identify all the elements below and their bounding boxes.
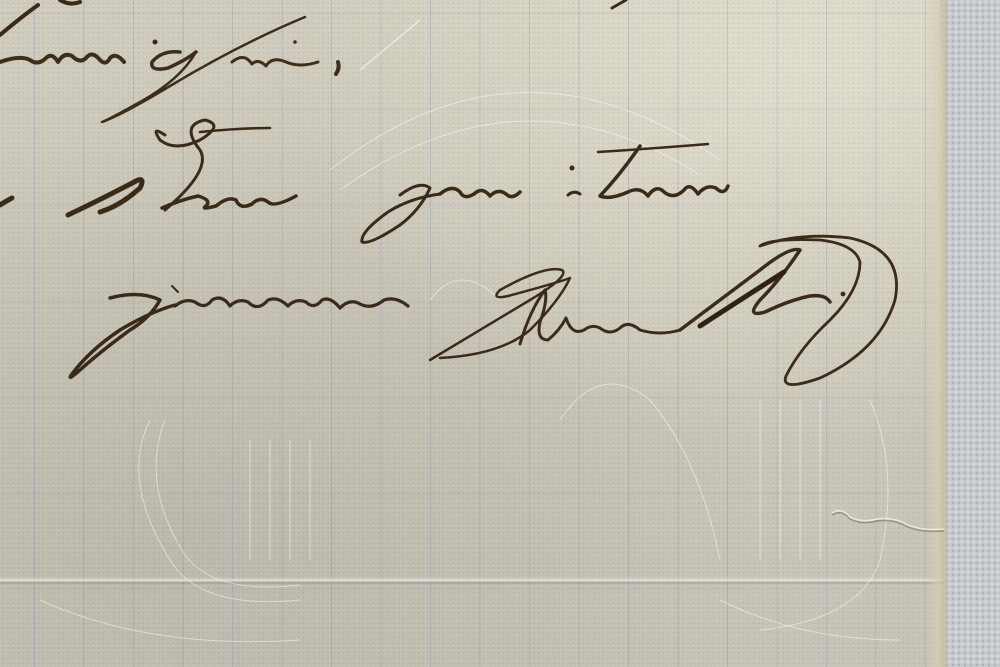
text-line-signature: [signature surname, flourished] bbox=[430, 235, 900, 305]
transcription-layer: famiglia, Dev. servitore Giacomo [signat… bbox=[0, 0, 1000, 667]
letter-photo: famiglia, Dev. servitore Giacomo [signat… bbox=[0, 0, 1000, 667]
text-line-servitore: servitore bbox=[360, 155, 740, 201]
text-line-famiglia: famiglia, bbox=[0, 40, 340, 86]
text-line-giacomo: Giacomo bbox=[70, 280, 410, 326]
text-line-dev: Dev. bbox=[0, 165, 300, 211]
